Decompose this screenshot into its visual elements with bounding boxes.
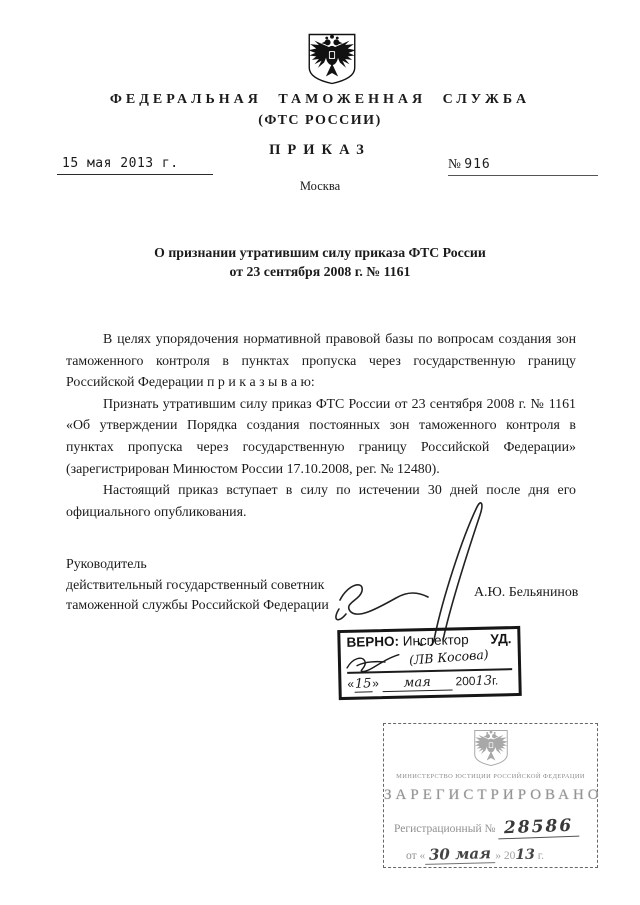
document-number: № 916	[448, 156, 598, 176]
registration-date-line: от «30 мая» 2013 г.	[406, 845, 586, 864]
quote-close: »	[372, 676, 379, 690]
document-date: 15 мая 2013 г.	[57, 156, 213, 175]
registration-number-handwritten: 28586	[498, 816, 580, 840]
signer-position-line-3: таможенной службы Российской Федерации	[66, 596, 329, 617]
registration-number-line: Регистрационный № 28586	[394, 817, 589, 838]
organization-abbreviation: (ФТС РОССИИ)	[0, 113, 640, 129]
verno-date-line: «15» мая 20013г.	[347, 673, 512, 693]
verno-role: Инспектор	[403, 632, 469, 648]
coat-of-arms-icon	[304, 32, 360, 86]
inspector-signature-scrawl	[343, 649, 404, 674]
registration-year-handwritten: 13	[515, 847, 534, 863]
verno-day-handwritten: 15	[354, 676, 372, 692]
signer-position-line-2: действительный государственный советник	[66, 576, 329, 597]
handwritten-signature	[316, 496, 501, 646]
ministry-name: МИНИСТЕРСТВО ЮСТИЦИИ РОССИЙСКОЙ ФЕДЕРАЦИ…	[384, 773, 597, 780]
registered-label: ЗАРЕГИСТРИРОВАНО	[384, 787, 597, 804]
title-line-2: от 23 сентября 2008 г. № 1161	[65, 262, 575, 281]
verno-label: ВЕРНО:	[346, 634, 399, 650]
ministry-eagle-icon	[471, 729, 511, 767]
document-city: Москва	[0, 179, 640, 194]
ministry-registration-stamp: МИНИСТЕРСТВО ЮСТИЦИИ РОССИЙСКОЙ ФЕДЕРАЦИ…	[383, 723, 598, 868]
organization-name: ФЕДЕРАЛЬНАЯ ТАМОЖЕННАЯ СЛУЖБА	[0, 92, 640, 108]
registration-date-prefix: от	[406, 850, 417, 862]
registration-date-handwritten: 30 мая	[425, 844, 495, 865]
verno-year-printed: 200	[455, 674, 475, 688]
reg-quote-close: »	[495, 850, 501, 862]
verno-signature-line: (ЛВ Косова)	[347, 646, 513, 674]
document-title: О признании утратившим силу приказа ФТС …	[65, 243, 575, 281]
inspector-name-handwritten: (ЛВ Косова)	[408, 647, 489, 668]
registration-year-suffix: г.	[538, 850, 544, 862]
title-line-1: О признании утратившим силу приказа ФТС …	[65, 243, 575, 262]
verno-dept: УД.	[490, 631, 511, 646]
registration-year-printed: 20	[504, 850, 516, 862]
registration-number-label: Регистрационный №	[394, 823, 495, 835]
verno-year-handwritten: 13	[475, 674, 492, 689]
document-body: В целях упорядочения нормативной правово…	[66, 329, 576, 523]
number-sign: №	[448, 156, 461, 171]
verno-month-handwritten: мая	[382, 674, 452, 692]
scanned-order-document: ФЕДЕРАЛЬНАЯ ТАМОЖЕННАЯ СЛУЖБА (ФТС РОССИ…	[0, 0, 640, 905]
verno-year-suffix: г.	[492, 673, 499, 687]
paragraph-main-order: Признать утратившим силу приказ ФТС Росс…	[66, 394, 576, 480]
signer-position-line-1: Руководитель	[66, 555, 329, 576]
paragraph-preamble: В целях упорядочения нормативной правово…	[66, 329, 576, 394]
number-value: 916	[464, 157, 490, 172]
verno-certification-stamp: ВЕРНО: Инспектор УД. (ЛВ Косова) «15» ма…	[337, 626, 522, 700]
signer-position: Руководитель действительный государствен…	[66, 555, 329, 617]
